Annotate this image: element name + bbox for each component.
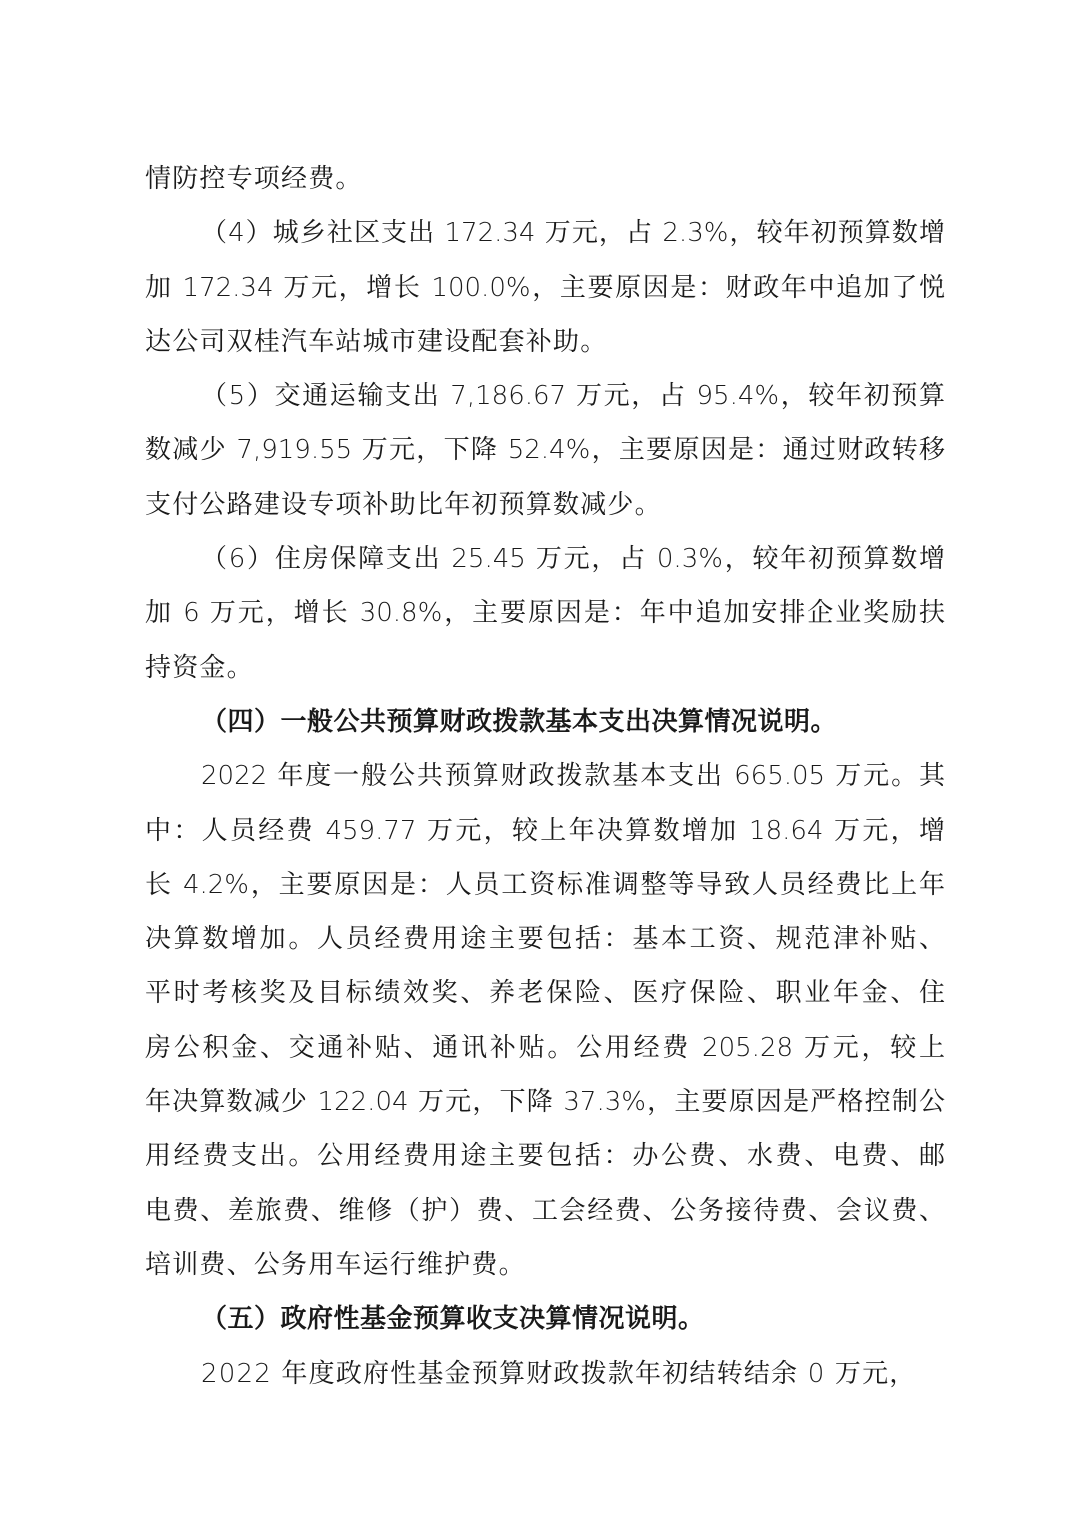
document-page: 情防控专项经费。 （4）城乡社区支出 172.34 万元，占 2.3%，较年初预… bbox=[145, 152, 945, 1401]
text-line: 培训费、公务用车运行维护费。 bbox=[145, 1238, 945, 1292]
text-line: 支付公路建设专项补助比年初预算数减少。 bbox=[145, 478, 945, 532]
text-line: 房公积金、交通补贴、通讯补贴。公用经费 205.28 万元，较上 bbox=[145, 1021, 945, 1075]
text-line: 长 4.2%，主要原因是：人员工资标准调整等导致人员经费比上年 bbox=[145, 858, 945, 912]
text-line: 加 172.34 万元，增长 100.0%，主要原因是：财政年中追加了悦 bbox=[145, 261, 945, 315]
text-line: 达公司双桂汽车站城市建设配套补助。 bbox=[145, 315, 945, 369]
section-heading-basic-expenditure: （四）一般公共预算财政拨款基本支出决算情况说明。 bbox=[145, 695, 945, 749]
text-line: 中：人员经费 459.77 万元，较上年决算数增加 18.64 万元，增 bbox=[145, 804, 945, 858]
paragraph-urban-rural-community-expense: （4）城乡社区支出 172.34 万元，占 2.3%，较年初预算数增 bbox=[145, 206, 945, 260]
paragraph-housing-security-expense: （6）住房保障支出 25.45 万元，占 0.3%，较年初预算数增 bbox=[145, 532, 945, 586]
text-line: 年决算数减少 122.04 万元，下降 37.3%，主要原因是严格控制公 bbox=[145, 1075, 945, 1129]
paragraph-government-fund: 2022 年度政府性基金预算财政拨款年初结转结余 0 万元， bbox=[145, 1347, 945, 1401]
paragraph-basic-expenditure: 2022 年度一般公共预算财政拨款基本支出 665.05 万元。其 bbox=[145, 749, 945, 803]
section-heading-government-fund: （五）政府性基金预算收支决算情况说明。 bbox=[145, 1292, 945, 1346]
text-line: 加 6 万元，增长 30.8%，主要原因是：年中追加安排企业奖励扶 bbox=[145, 586, 945, 640]
paragraph-transportation-expense: （5）交通运输支出 7,186.67 万元，占 95.4%，较年初预算 bbox=[145, 369, 945, 423]
text-line: 决算数增加。人员经费用途主要包括：基本工资、规范津补贴、 bbox=[145, 912, 945, 966]
text-line: 平时考核奖及目标绩效奖、养老保险、医疗保险、职业年金、住 bbox=[145, 966, 945, 1020]
text-line: 电费、差旅费、维修（护）费、工会经费、公务接待费、会议费、 bbox=[145, 1184, 945, 1238]
text-line: 持资金。 bbox=[145, 641, 945, 695]
text-line: 用经费支出。公用经费用途主要包括：办公费、水费、电费、邮 bbox=[145, 1129, 945, 1183]
text-line: 数减少 7,919.55 万元，下降 52.4%，主要原因是：通过财政转移 bbox=[145, 423, 945, 477]
text-line: 情防控专项经费。 bbox=[145, 152, 945, 206]
